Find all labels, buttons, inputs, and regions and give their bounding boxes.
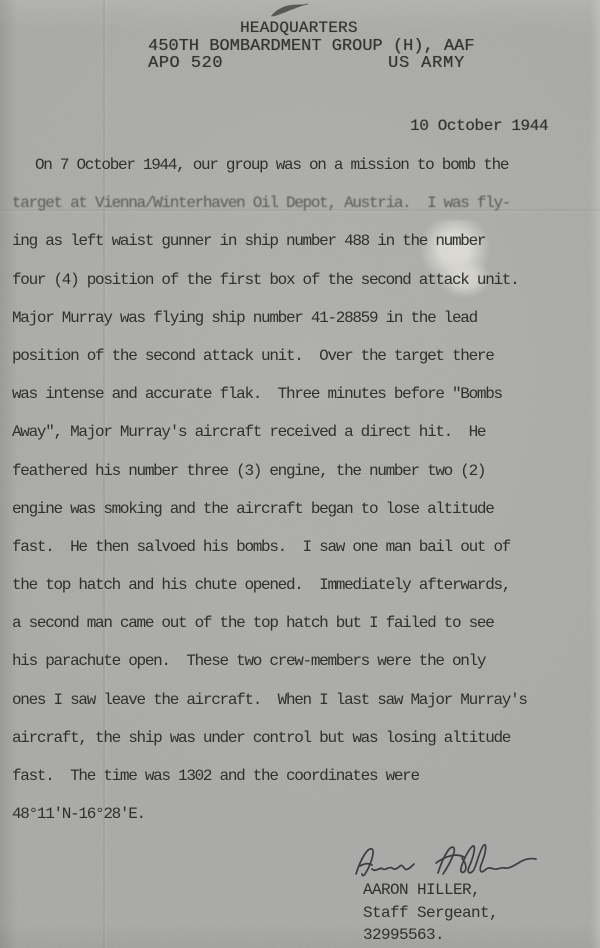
body-text: On 7 October 1944, our group was on a mi…: [12, 146, 590, 833]
body-line: feathered his number three (3) engine, t…: [12, 452, 590, 490]
signer-name: AARON HILLER,: [363, 879, 498, 902]
body-line: On 7 October 1944, our group was on a mi…: [12, 146, 590, 184]
body-line: aircraft, the ship was under control but…: [12, 719, 590, 757]
body-line: was intense and accurate flak. Three min…: [12, 375, 590, 413]
body-line: position of the second attack unit. Over…: [12, 337, 590, 375]
body-line: ing as left waist gunner in ship number …: [12, 222, 590, 260]
letterhead-headquarters: HEADQUARTERS: [240, 19, 358, 37]
signer-rank: Staff Sergeant,: [363, 902, 498, 925]
body-line: a second man came out of the top hatch b…: [12, 604, 590, 642]
date-line: 10 October 1944: [410, 117, 548, 135]
signer-serial: 32995563.: [363, 924, 498, 947]
pen-mark-icon: [268, 1, 312, 21]
body-line: engine was smoking and the aircraft bega…: [12, 490, 590, 528]
document-scan: HEADQUARTERS 450TH BOMBARDMENT GROUP (H)…: [0, 0, 600, 948]
body-line: ones I saw leave the aircraft. When I la…: [12, 681, 590, 719]
letterhead-apo: APO 520: [148, 54, 223, 73]
body-line: fast. He then salvoed his bombs. I saw o…: [12, 528, 590, 566]
body-line: Away", Major Murray's aircraft received …: [12, 413, 590, 451]
body-line: fast. The time was 1302 and the coordina…: [12, 757, 590, 795]
letterhead-army: US ARMY: [388, 54, 465, 73]
body-line: target at Vienna/Winterhaven Oil Depot, …: [12, 184, 590, 222]
signature-block: AARON HILLER, Staff Sergeant, 32995563.: [363, 879, 498, 947]
body-line: 48°11'N-16°28'E.: [12, 795, 590, 833]
body-line: four (4) position of the first box of th…: [12, 261, 590, 299]
body-line: the top hatch and his chute opened. Imme…: [12, 566, 590, 604]
body-line: his parachute open. These two crew-membe…: [12, 642, 590, 680]
body-line: Major Murray was flying ship number 41-2…: [12, 299, 590, 337]
